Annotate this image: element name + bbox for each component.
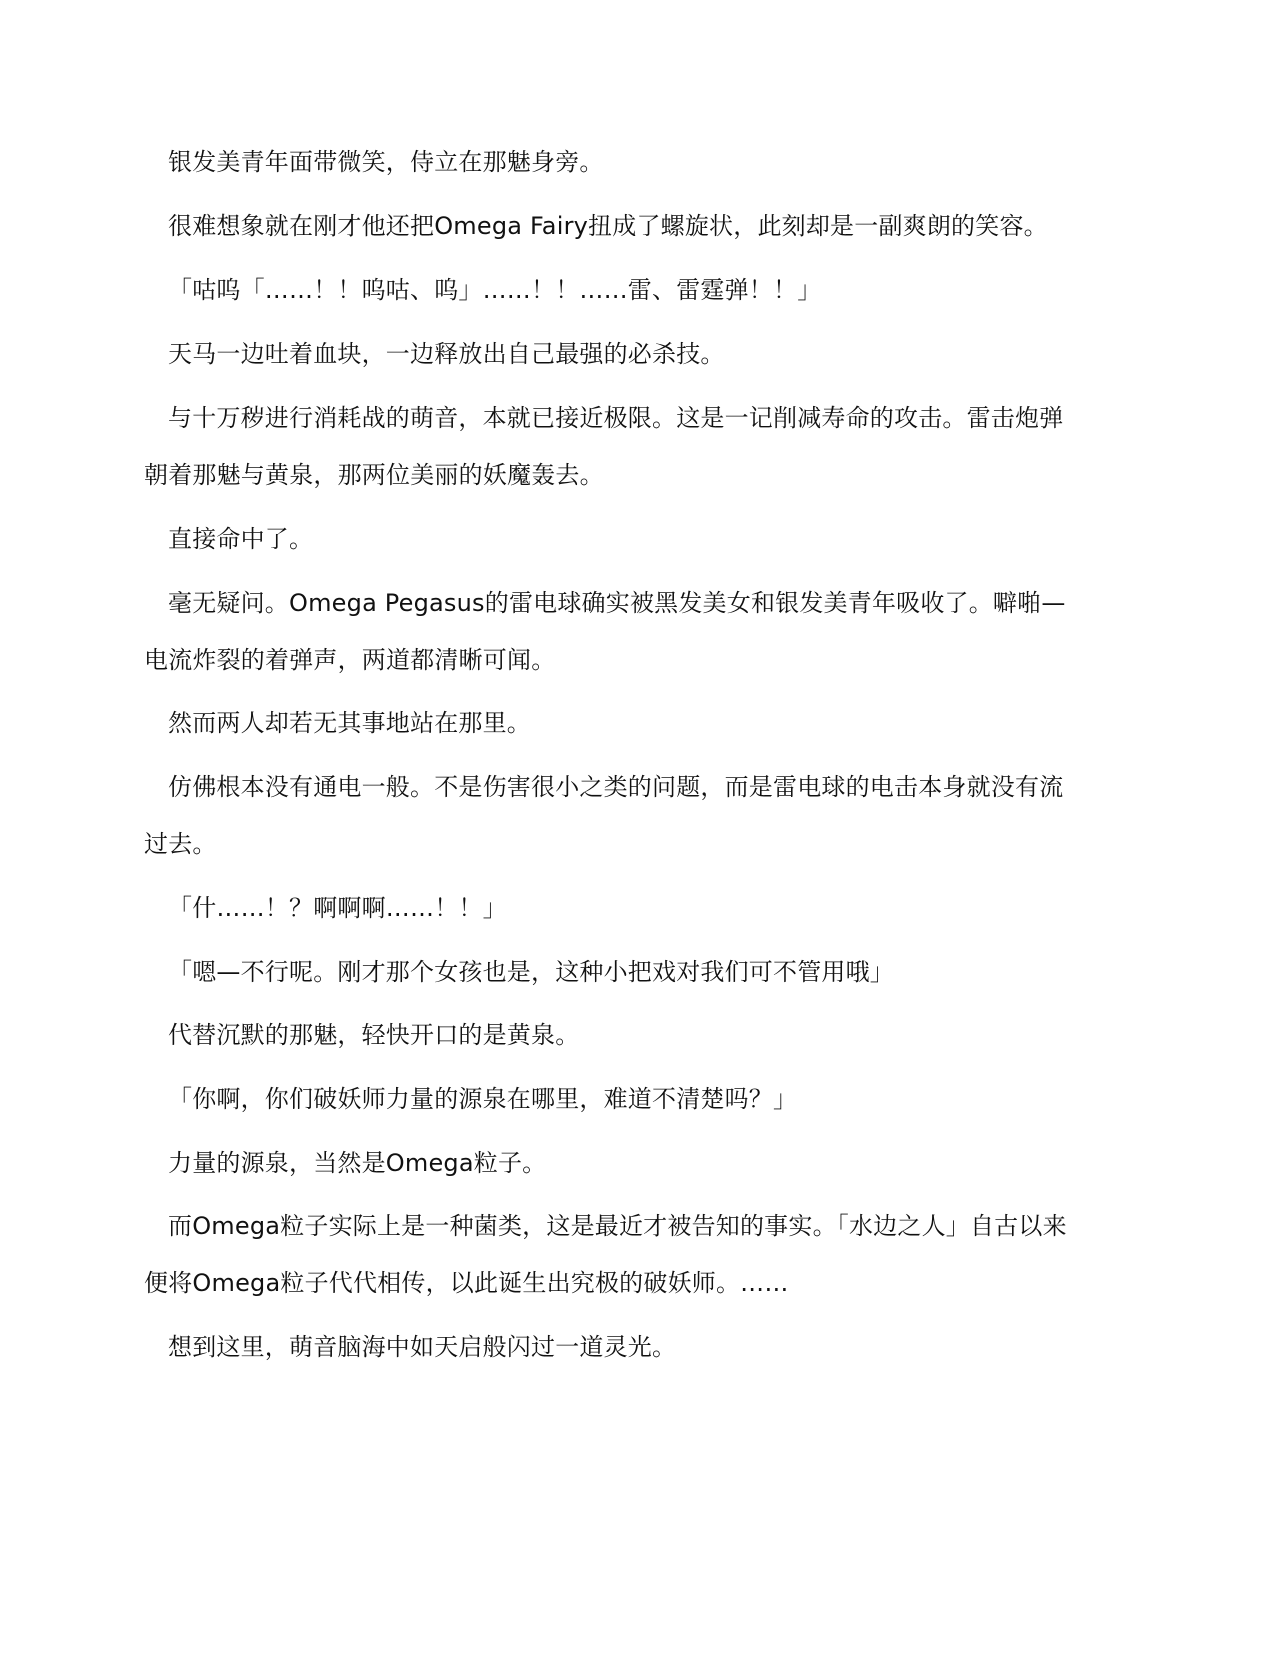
paragraph: 直接命中了。 (144, 511, 1080, 568)
paragraph: 仿佛根本没有通电一般。不是伤害很小之类的问题，而是雷电球的电击本身就没有流过去。 (144, 759, 1080, 873)
document-page: 银发美青年面带微笑，侍立在那魅身旁。 很难想象就在刚才他还把Omega Fair… (0, 0, 1280, 1656)
paragraph: 力量的源泉，当然是Omega粒子。 (144, 1135, 1080, 1192)
paragraph: 与十万秽进行消耗战的萌音，本就已接近极限。这是一记削减寿命的攻击。雷击炮弹朝着那… (144, 390, 1080, 504)
paragraph: 而Omega粒子实际上是一种菌类，这是最近才被告知的事实。「水边之人」自古以来便… (144, 1198, 1080, 1312)
paragraph: 想到这里，萌音脑海中如天启般闪过一道灵光。 (144, 1319, 1080, 1376)
paragraph: 然而两人却若无其事地站在那里。 (144, 695, 1080, 752)
dialogue-paragraph: 「你啊，你们破妖师力量的源泉在哪里，难道不清楚吗？」 (144, 1071, 1080, 1128)
paragraph: 很难想象就在刚才他还把Omega Fairy扭成了螺旋状，此刻却是一副爽朗的笑容… (144, 198, 1080, 255)
paragraph: 天马一边吐着血块，一边释放出自己最强的必杀技。 (144, 326, 1080, 383)
paragraph: 银发美青年面带微笑，侍立在那魅身旁。 (144, 134, 1080, 191)
dialogue-paragraph: 「咕呜「……！！呜咕、呜」……！！……雷、雷霆弹！！」 (144, 262, 1080, 319)
dialogue-paragraph: 「什……！？啊啊啊……！！」 (144, 880, 1080, 937)
paragraph: 毫无疑问。Omega Pegasus的雷电球确实被黑发美女和银发美青年吸收了。噼… (144, 575, 1080, 689)
paragraph: 代替沉默的那魅，轻快开口的是黄泉。 (144, 1007, 1080, 1064)
dialogue-paragraph: 「嗯—不行呢。刚才那个女孩也是，这种小把戏对我们可不管用哦」 (144, 944, 1080, 1001)
